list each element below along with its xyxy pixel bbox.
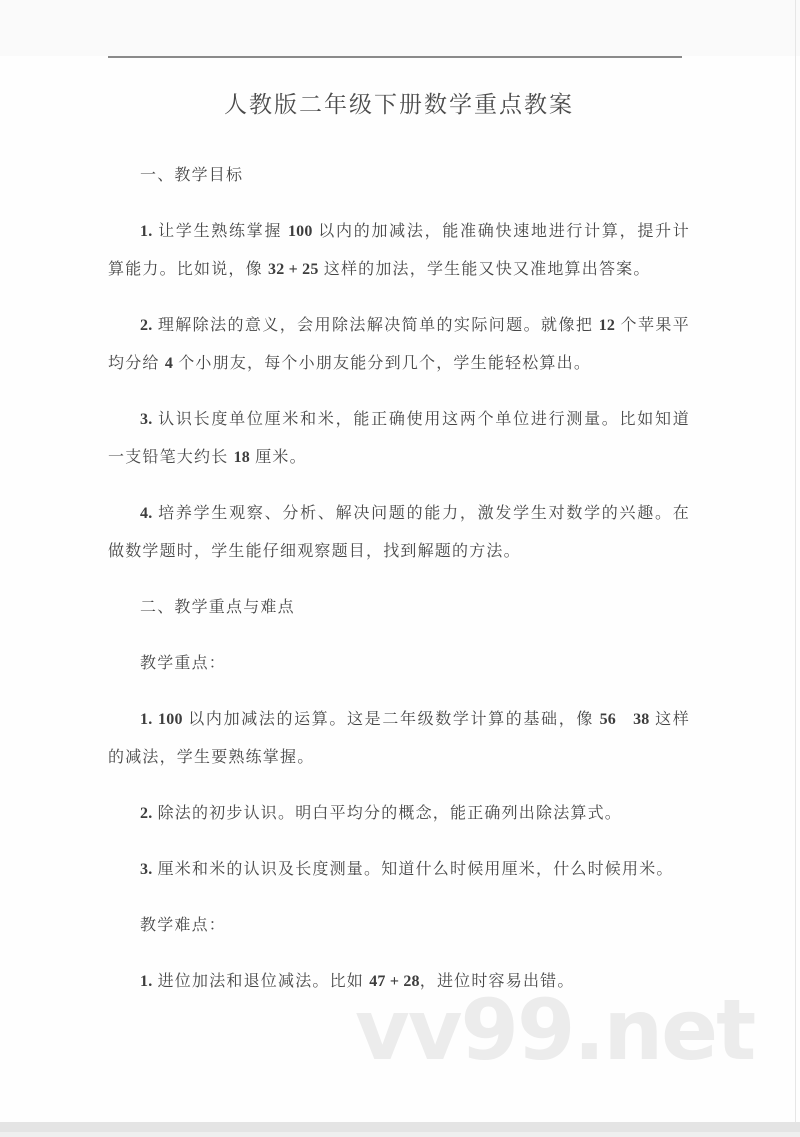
section-heading-key-points: 二、教学重点与难点 [108,589,690,627]
objective-item-1: 1. 让学生熟练掌握 100 以内的加减法，能准确快速地进行计算，提升计算能力。… [108,213,690,289]
key-point-item-1: 1. 100 以内加减法的运算。这是二年级数学计算的基础，像 56 38 这样的… [108,701,690,777]
subheading-key-points: 教学重点： [108,645,690,683]
objective-item-3: 3. 认识长度单位厘米和米，能正确使用这两个单位进行测量。比如知道一支铅笔大约长… [108,401,690,477]
document-title: 人教版二年级下册数学重点教案 [108,91,690,119]
document-page: 人教版二年级下册数学重点教案 一、教学目标 1. 让学生熟练掌握 100 以内的… [0,0,800,1137]
objective-item-2: 2. 理解除法的意义，会用除法解决简单的实际问题。就像把 12 个苹果平均分给 … [108,307,690,383]
key-point-item-3: 3. 厘米和米的认识及长度测量。知道什么时候用厘米，什么时候用米。 [108,851,690,889]
key-point-item-2: 2. 除法的初步认识。明白平均分的概念，能正确列出除法算式。 [108,795,690,833]
section-heading-objectives: 一、教学目标 [108,157,690,195]
footer-strip [0,1122,800,1132]
subheading-difficulties: 教学难点： [108,907,690,945]
page-right-edge [795,0,796,1122]
watermark-text: vv99.net [355,988,754,1072]
objective-item-4: 4. 培养学生观察、分析、解决问题的能力，激发学生对数学的兴趣。在做数学题时，学… [108,495,690,571]
document-content: 人教版二年级下册数学重点教案 一、教学目标 1. 让学生熟练掌握 100 以内的… [0,0,800,1019]
footer-strip-light [0,1132,800,1137]
